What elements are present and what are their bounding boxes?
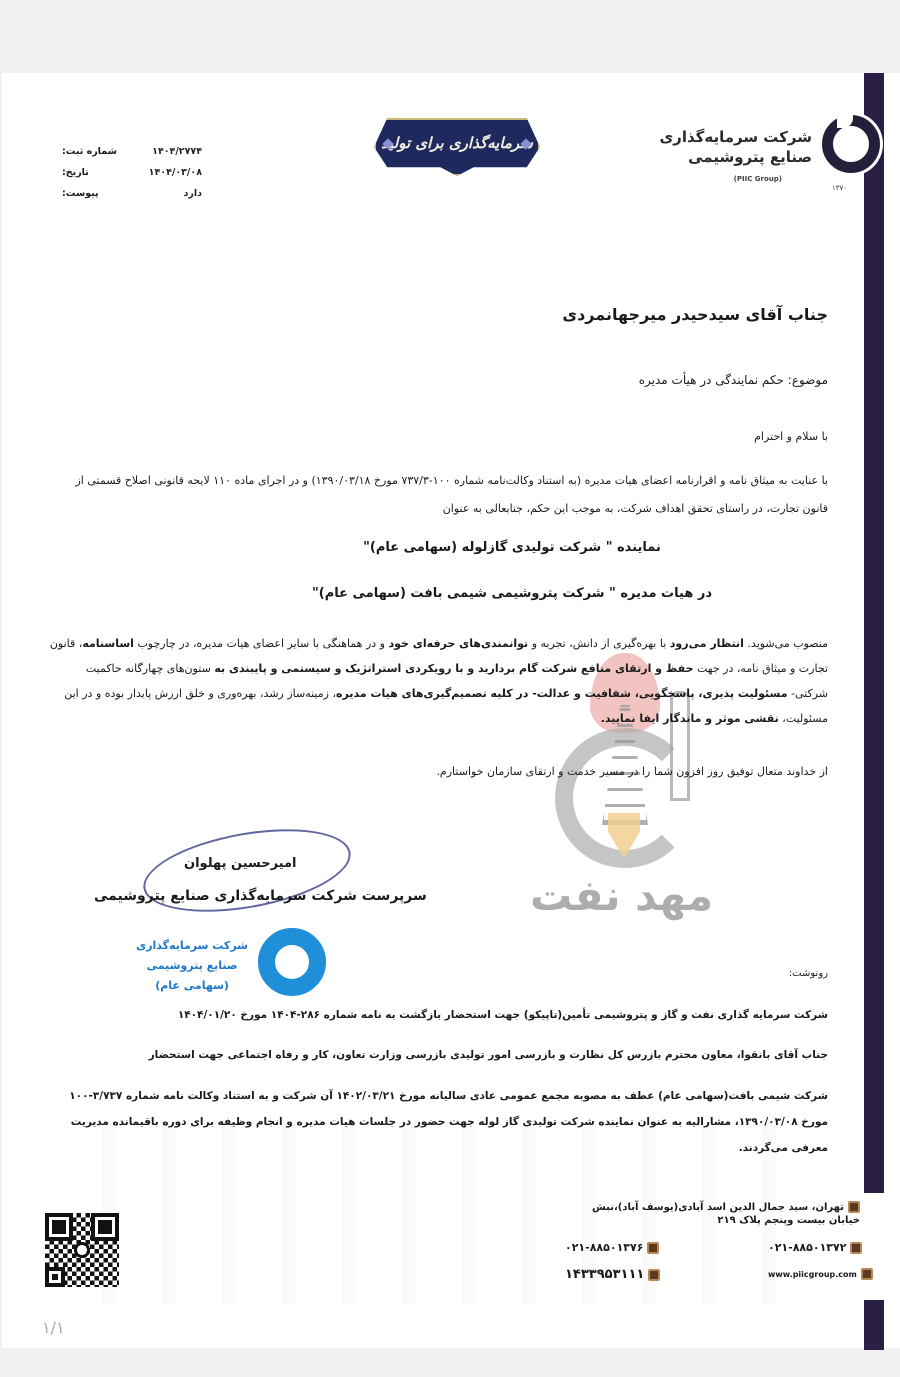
meta-value: ۱۴۰۴/۲۷۷۴: [152, 146, 202, 167]
location-icon: [848, 1201, 860, 1213]
company-stamp: شرکت سرمایه‌گذاری صنایع پتروشیمی (سهامی …: [132, 928, 332, 1008]
signer-name: امیرحسین پهلوان: [184, 856, 297, 871]
globe-icon: [861, 1268, 873, 1280]
meta-value: ۱۴۰۴/۰۳/۰۸: [149, 167, 202, 188]
company-year: ۱۳۷۰: [832, 184, 847, 192]
cc-item: شرکت شیمی بافت(سهامی عام) عطف به مصوبه م…: [48, 1083, 828, 1161]
stamp-line: (سهامی عام): [136, 976, 248, 996]
slogan-banner: سرمایه‌گذاری برای تولید: [374, 118, 540, 176]
cc-item: شرکت سرمایه گذاری نفت و گاز و پتروشیمی ت…: [48, 1005, 828, 1025]
text-span: اساسنامه: [82, 637, 134, 650]
fax-text: ۰۲۱-۸۸۵۰۱۳۷۶: [565, 1241, 643, 1254]
letter-page: شرکت سرمایه‌گذاری صنایع پتروشیمی (PIIC G…: [2, 73, 900, 1348]
meta-row-date: تاریخ: ۱۴۰۴/۰۳/۰۸: [62, 167, 202, 188]
meta-label: تاریخ:: [62, 167, 89, 188]
text-span: مسئولیت پذیری، پاسخگویی، شفافیت و عدالت-…: [336, 687, 788, 700]
watermark-text: مهد نفت: [530, 871, 713, 920]
slogan-text: سرمایه‌گذاری برای تولید: [381, 134, 533, 152]
text-span: انتظار می‌رود: [670, 637, 744, 650]
company-name-line1: شرکت سرمایه‌گذاری: [659, 128, 812, 146]
page-number: ۱/۱: [42, 1318, 65, 1337]
postal-code-text: ۱۴۳۳۹۵۳۱۱۱: [565, 1267, 644, 1282]
text-span: حفظ و ارتقای منافع شرکت گام بردارید و با…: [214, 662, 693, 675]
paragraph-expectations: منصوب می‌شوید. انتظار می‌رود با بهره‌گیر…: [48, 631, 828, 731]
appointment-line-1: نماینده " شرکت تولیدی گازلوله (سهامی عام…: [62, 540, 900, 555]
subject: موضوع: حکم نمایندگی در هیأت مدیره: [639, 373, 828, 387]
meta-label: پیوست:: [62, 188, 99, 209]
mailbox-icon: [648, 1269, 660, 1281]
meta-value: دارد: [184, 188, 202, 209]
appointment-line-2: در هیات مدیره " شرکت پتروشیمی شیمی بافت …: [62, 586, 900, 601]
cc-item: جناب آقای بانقوا، معاون محترم بازرس کل ن…: [48, 1045, 828, 1065]
stamp-logo-icon: [258, 928, 326, 996]
side-bar-top: [864, 73, 884, 1193]
recipient: جناب آقای سیدحیدر میرجهانمردی: [562, 305, 828, 324]
fax-icon: [647, 1242, 659, 1254]
address-text: تهران، سید جمال الدین اسد آبادی(یوسف آبا…: [592, 1202, 860, 1226]
piic-logo: شرکت سرمایه‌گذاری صنایع پتروشیمی (PIIC G…: [692, 115, 892, 195]
meta-row-number: شماره ثبت: ۱۴۰۴/۲۷۷۴: [62, 146, 202, 167]
text-span: توانمندی‌های حرفه‌ای خود: [389, 637, 529, 650]
meta-row-attachment: پیوست: دارد: [62, 188, 202, 209]
meta-label: شماره ثبت:: [62, 146, 117, 167]
company-group: (PIIC Group): [734, 175, 782, 183]
text-span: منصوب می‌شوید.: [744, 637, 828, 650]
closing-line: از خداوند متعال توفیق روز افزون شما را د…: [436, 765, 828, 778]
signer-title: سرپرست شرکت سرمایه‌گذاری صنایع پتروشیمی: [94, 888, 427, 904]
piic-ring-icon: [822, 115, 880, 173]
phone-icon: [850, 1242, 862, 1254]
paragraph-intro: با عنایت به میثاق نامه و اقرارنامه اعضای…: [48, 467, 828, 523]
website-link[interactable]: www.piicgroup.com: [768, 1270, 857, 1279]
text-span: با بهره‌گیری از دانش، تجربه و: [528, 637, 670, 650]
stamp-line: شرکت سرمایه‌گذاری: [136, 936, 248, 956]
stamp-text: شرکت سرمایه‌گذاری صنایع پتروشیمی (سهامی …: [136, 936, 248, 996]
footer-phone: ۰۲۱-۸۸۵۰۱۳۷۲: [768, 1241, 862, 1254]
cc-label: رونوشت:: [789, 968, 828, 979]
company-name-line2: صنایع پتروشیمی: [688, 148, 812, 166]
footer-website[interactable]: www.piicgroup.com: [768, 1268, 873, 1280]
qr-corner: [45, 1267, 65, 1287]
greeting: با سلام و احترام: [754, 430, 828, 443]
text-span: و در هماهنگی با سایر اعضای هیات مدیره، د…: [134, 637, 389, 650]
phone-text: ۰۲۱-۸۸۵۰۱۳۷۲: [768, 1241, 846, 1254]
letter-meta: شماره ثبت: ۱۴۰۴/۲۷۷۴ تاریخ: ۱۴۰۴/۰۳/۰۸ پ…: [62, 146, 202, 209]
text-span: نقشی موثر و ماندگار ایفا نمایید.: [601, 712, 779, 725]
stamp-line: صنایع پتروشیمی: [136, 956, 248, 976]
footer-postal-code: ۱۴۳۳۹۵۳۱۱۱: [565, 1267, 660, 1282]
side-bar-bottom: [864, 1300, 884, 1350]
qr-code: [45, 1213, 119, 1287]
footer-address: تهران، سید جمال الدین اسد آبادی(یوسف آبا…: [570, 1201, 860, 1227]
footer-fax: ۰۲۱-۸۸۵۰۱۳۷۶: [565, 1241, 659, 1254]
